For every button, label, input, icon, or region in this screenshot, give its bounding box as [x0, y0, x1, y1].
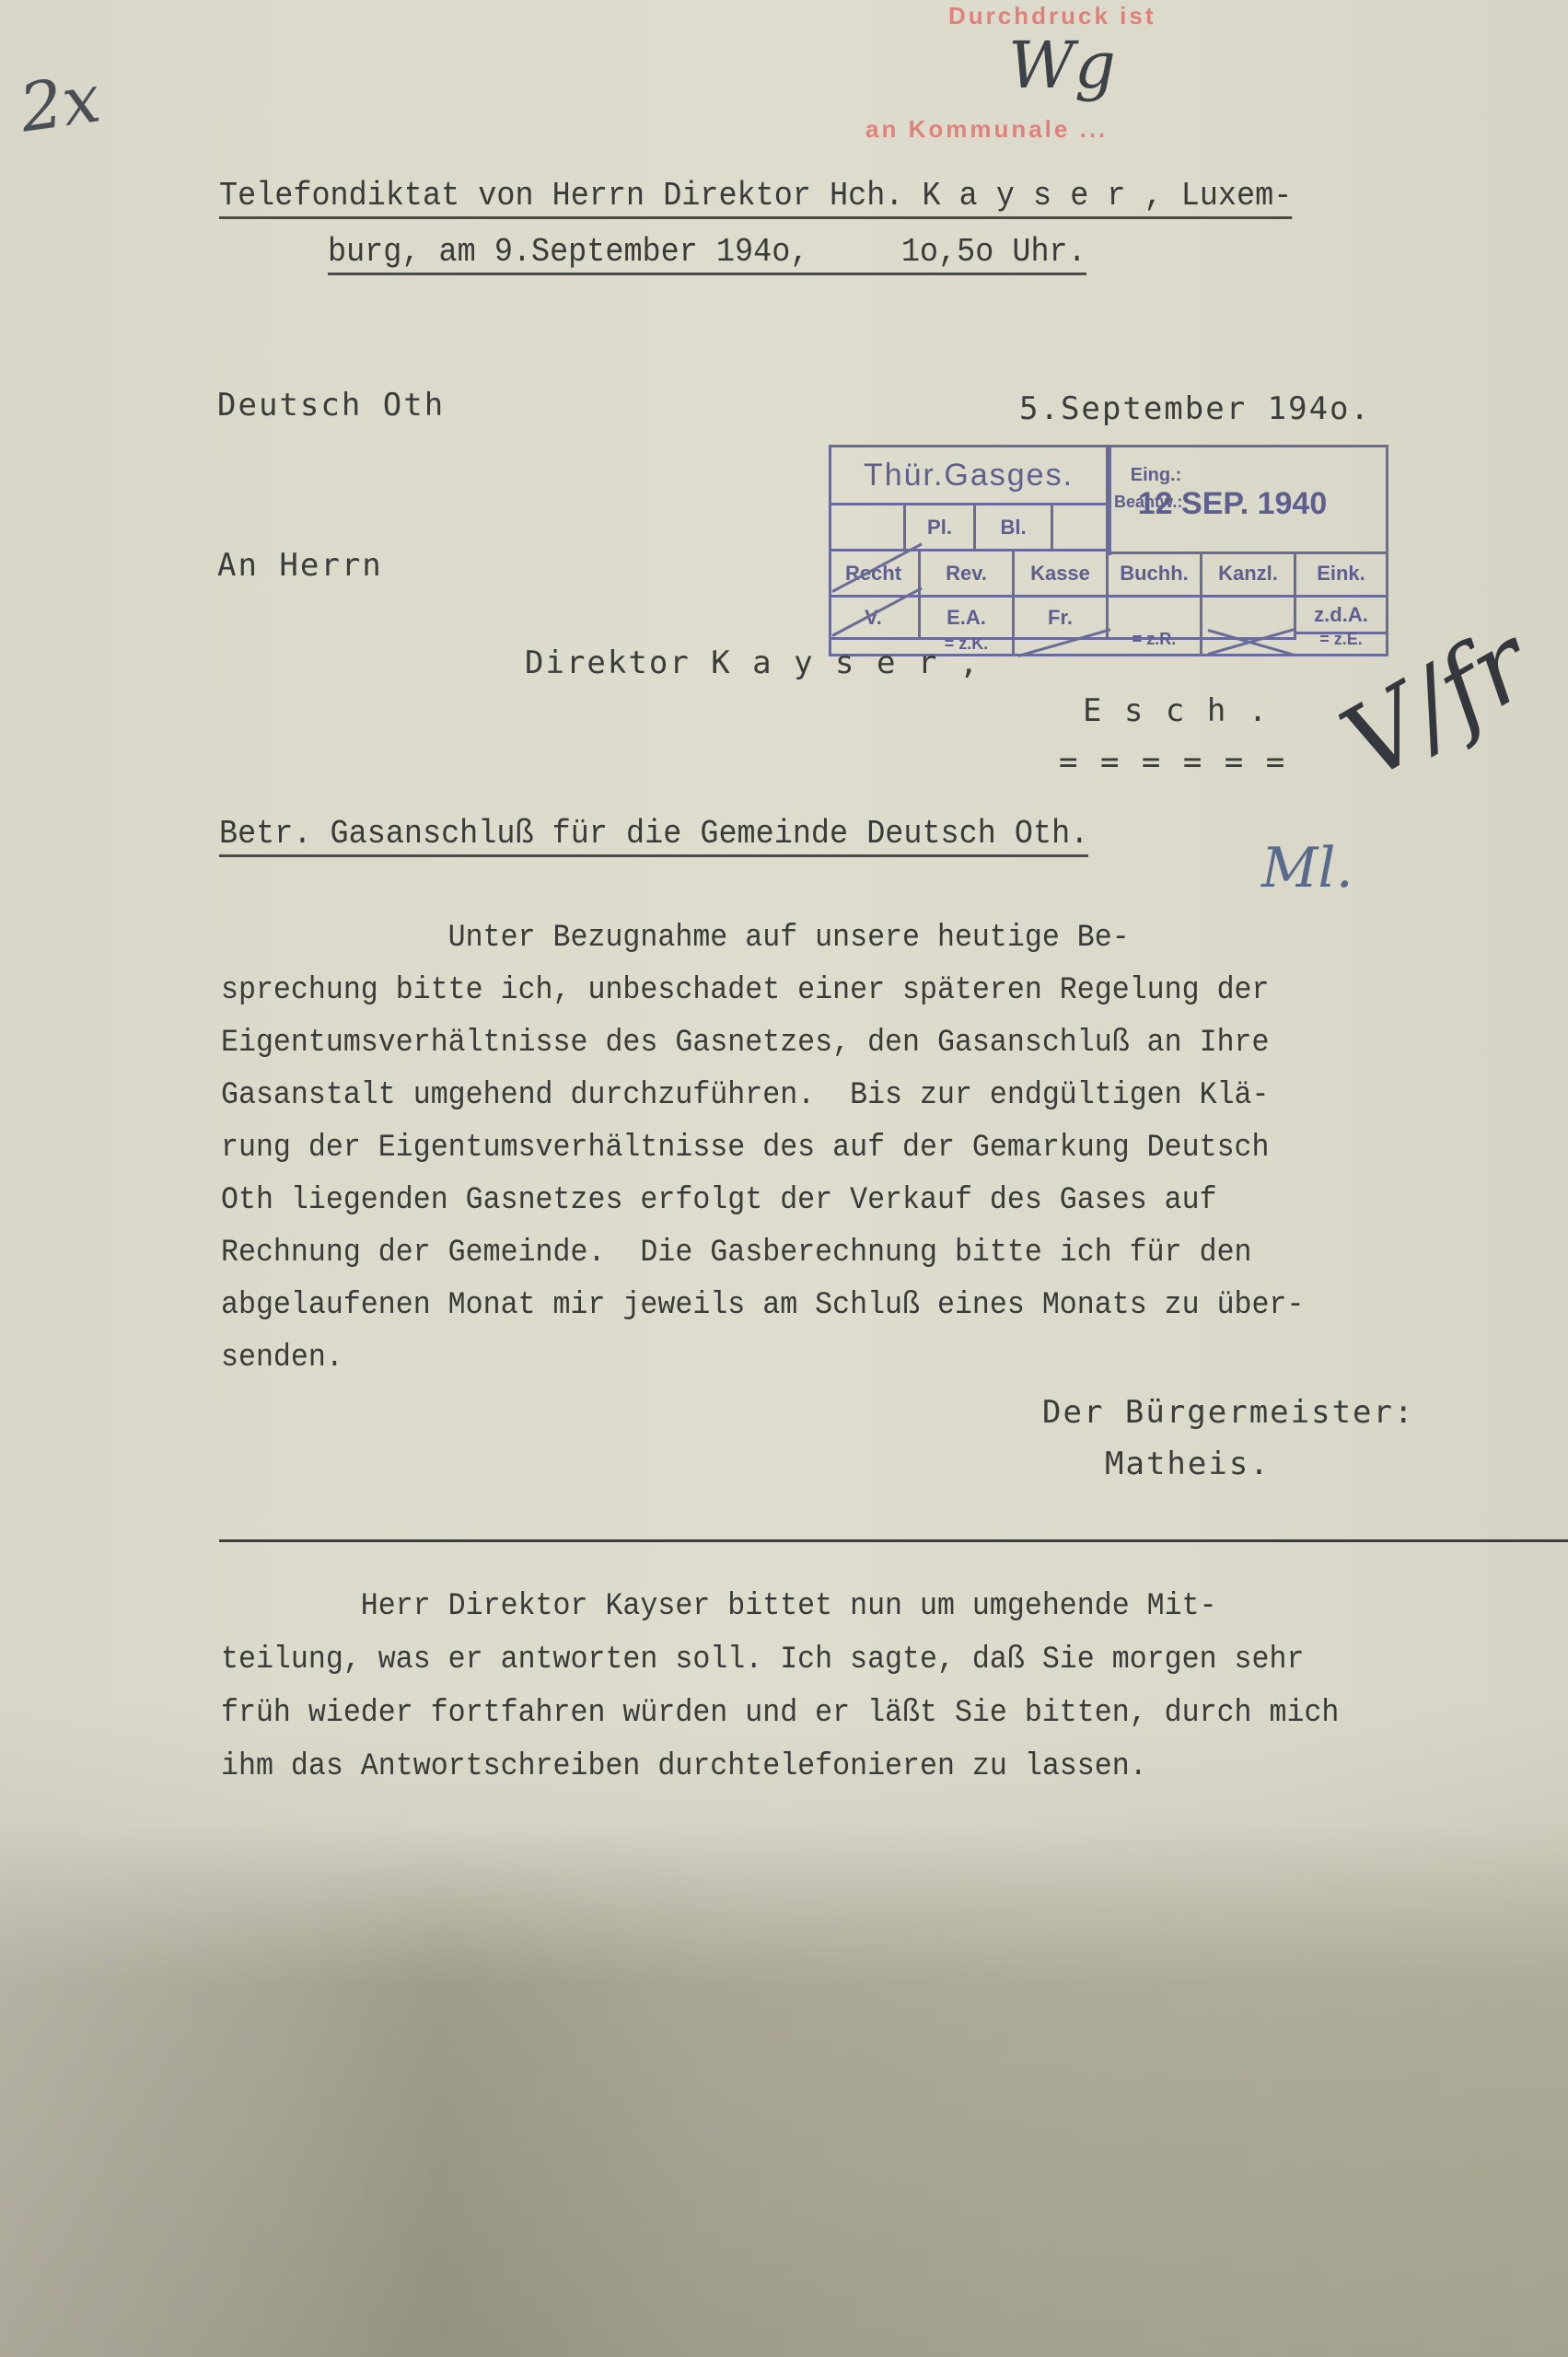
- heading-line1: Telefondiktat von Herrn Direktor Hch. K …: [219, 177, 1292, 219]
- stamp-recht: Recht: [829, 552, 921, 598]
- body-line: senden.: [221, 1341, 343, 1376]
- note-line: früh wieder fortfahren würden und er läß…: [221, 1696, 1339, 1731]
- stamp-zr: = z.R.: [1109, 625, 1202, 656]
- red-stamp-line1: Durchdruck ist: [948, 2, 1156, 30]
- stamp-rev: Rev.: [921, 552, 1015, 598]
- margin-note: 2x: [16, 59, 105, 146]
- heading-line2: burg, am 9.September 194o, 1o,5o Uhr.: [328, 233, 1086, 275]
- body-line: rung der Eigentumsverhältnisse des auf d…: [221, 1131, 1270, 1166]
- note-line: ihm das Antwortschreiben durchtelefonier…: [221, 1749, 1147, 1784]
- receipt-stamp: Thür.Gasges. Eing.: 12 SEP. 1940 Beantw.…: [829, 426, 1388, 656]
- body-line: Rechnung der Gemeinde. Die Gasberechnung…: [221, 1236, 1252, 1271]
- stamp-eink: Eink.: [1296, 552, 1388, 598]
- recipient-city-underline: = = = = = =: [1059, 744, 1286, 781]
- letter-date: 5.September 194o.: [1019, 390, 1371, 427]
- stamp-v: V.: [829, 598, 921, 640]
- stamp-r1-c4: [1053, 505, 1109, 552]
- red-stamp-line2: an Kommunale ...: [865, 115, 1108, 144]
- recipient-name: Direktor K a y s e r ,: [525, 644, 980, 681]
- signature-name: Matheis.: [1105, 1446, 1271, 1482]
- body-line: Eigentumsverhältnisse des Gasnetzes, den…: [221, 1026, 1270, 1061]
- stamp-org: Thür.Gasges.: [829, 445, 1109, 505]
- note-line: Herr Direktor Kayser bittet nun um umgeh…: [221, 1589, 1217, 1624]
- stamp-r1-c1: [829, 505, 906, 552]
- stamp-buchh: Buchh.: [1109, 552, 1202, 598]
- body-line: Unter Bezugnahme auf unsere heutige Be-: [221, 921, 1130, 956]
- handwritten-initials-top: Wg: [1008, 28, 1116, 103]
- body-line: Oth liegenden Gasnetzes erfolgt der Verk…: [221, 1183, 1217, 1218]
- stamp-ze: = z.E.: [1296, 625, 1388, 656]
- body-line: abgelaufenen Monat mir jeweils am Schluß…: [221, 1288, 1304, 1323]
- sender-place: Deutsch Oth: [217, 387, 445, 424]
- stamp-received-label: Eing.:: [1131, 465, 1182, 485]
- handwritten-initials: Ml.: [1261, 836, 1353, 900]
- body-line: Gasanstalt umgehend durchzuführen. Bis z…: [221, 1078, 1270, 1113]
- stamp-r1-bl: Bl.: [976, 505, 1053, 552]
- body-line: sprechung bitte ich, unbeschadet einer s…: [221, 973, 1270, 1008]
- stamp-answered-label: Beantw.:: [1114, 493, 1182, 512]
- page-shadow: [0, 1823, 1568, 2357]
- signature-title: Der Bürgermeister:: [1042, 1394, 1414, 1431]
- divider: [219, 1539, 1568, 1542]
- salutation: An Herrn: [217, 547, 383, 584]
- stamp-kanzl: Kanzl.: [1202, 552, 1296, 598]
- stamp-kasse: Kasse: [1015, 552, 1109, 598]
- subject-line: Betr. Gasanschluß für die Gemeinde Deuts…: [219, 815, 1088, 857]
- recipient-city: E s c h .: [1083, 692, 1269, 729]
- note-line: teilung, was er antworten soll. Ich sagt…: [221, 1643, 1304, 1678]
